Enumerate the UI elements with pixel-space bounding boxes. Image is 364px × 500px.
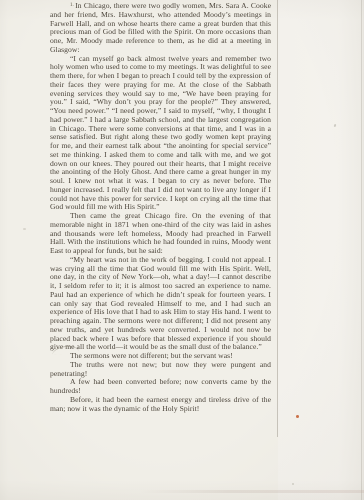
paragraph-truths: The truths were not new; but now they we… [50,361,271,379]
page-edge-crease-line [277,0,278,437]
dust-speck [292,483,294,485]
paragraph-moody-quote-newyork: “My heart was not in the work of begging… [50,256,271,352]
scanner-backing-margin [278,0,364,500]
orange-speck [296,415,299,418]
dust-speck [23,228,26,230]
paragraph-converts: A few had been converted before; now con… [50,378,271,396]
scan-right-edge-line [361,0,362,500]
paragraph-text: In Chicago, there were two godly women, … [50,1,271,54]
paragraph-intro: 1.In Chicago, there were two godly women… [50,2,271,55]
page-text-block: 1.In Chicago, there were two godly women… [50,2,271,413]
scanned-book-page: 1.In Chicago, there were two godly women… [0,0,364,500]
paragraph-chicago-fire: Then came the great Chicago fire. On the… [50,212,271,256]
page-bottom-edge-shadow [140,490,364,493]
paragraph-dynamic: Before, it had been the earnest energy a… [50,396,271,414]
footnote-marker: 1. [70,3,74,8]
paragraph-moody-quote-glasgow: “I can myself go back almost twelve year… [50,55,271,213]
